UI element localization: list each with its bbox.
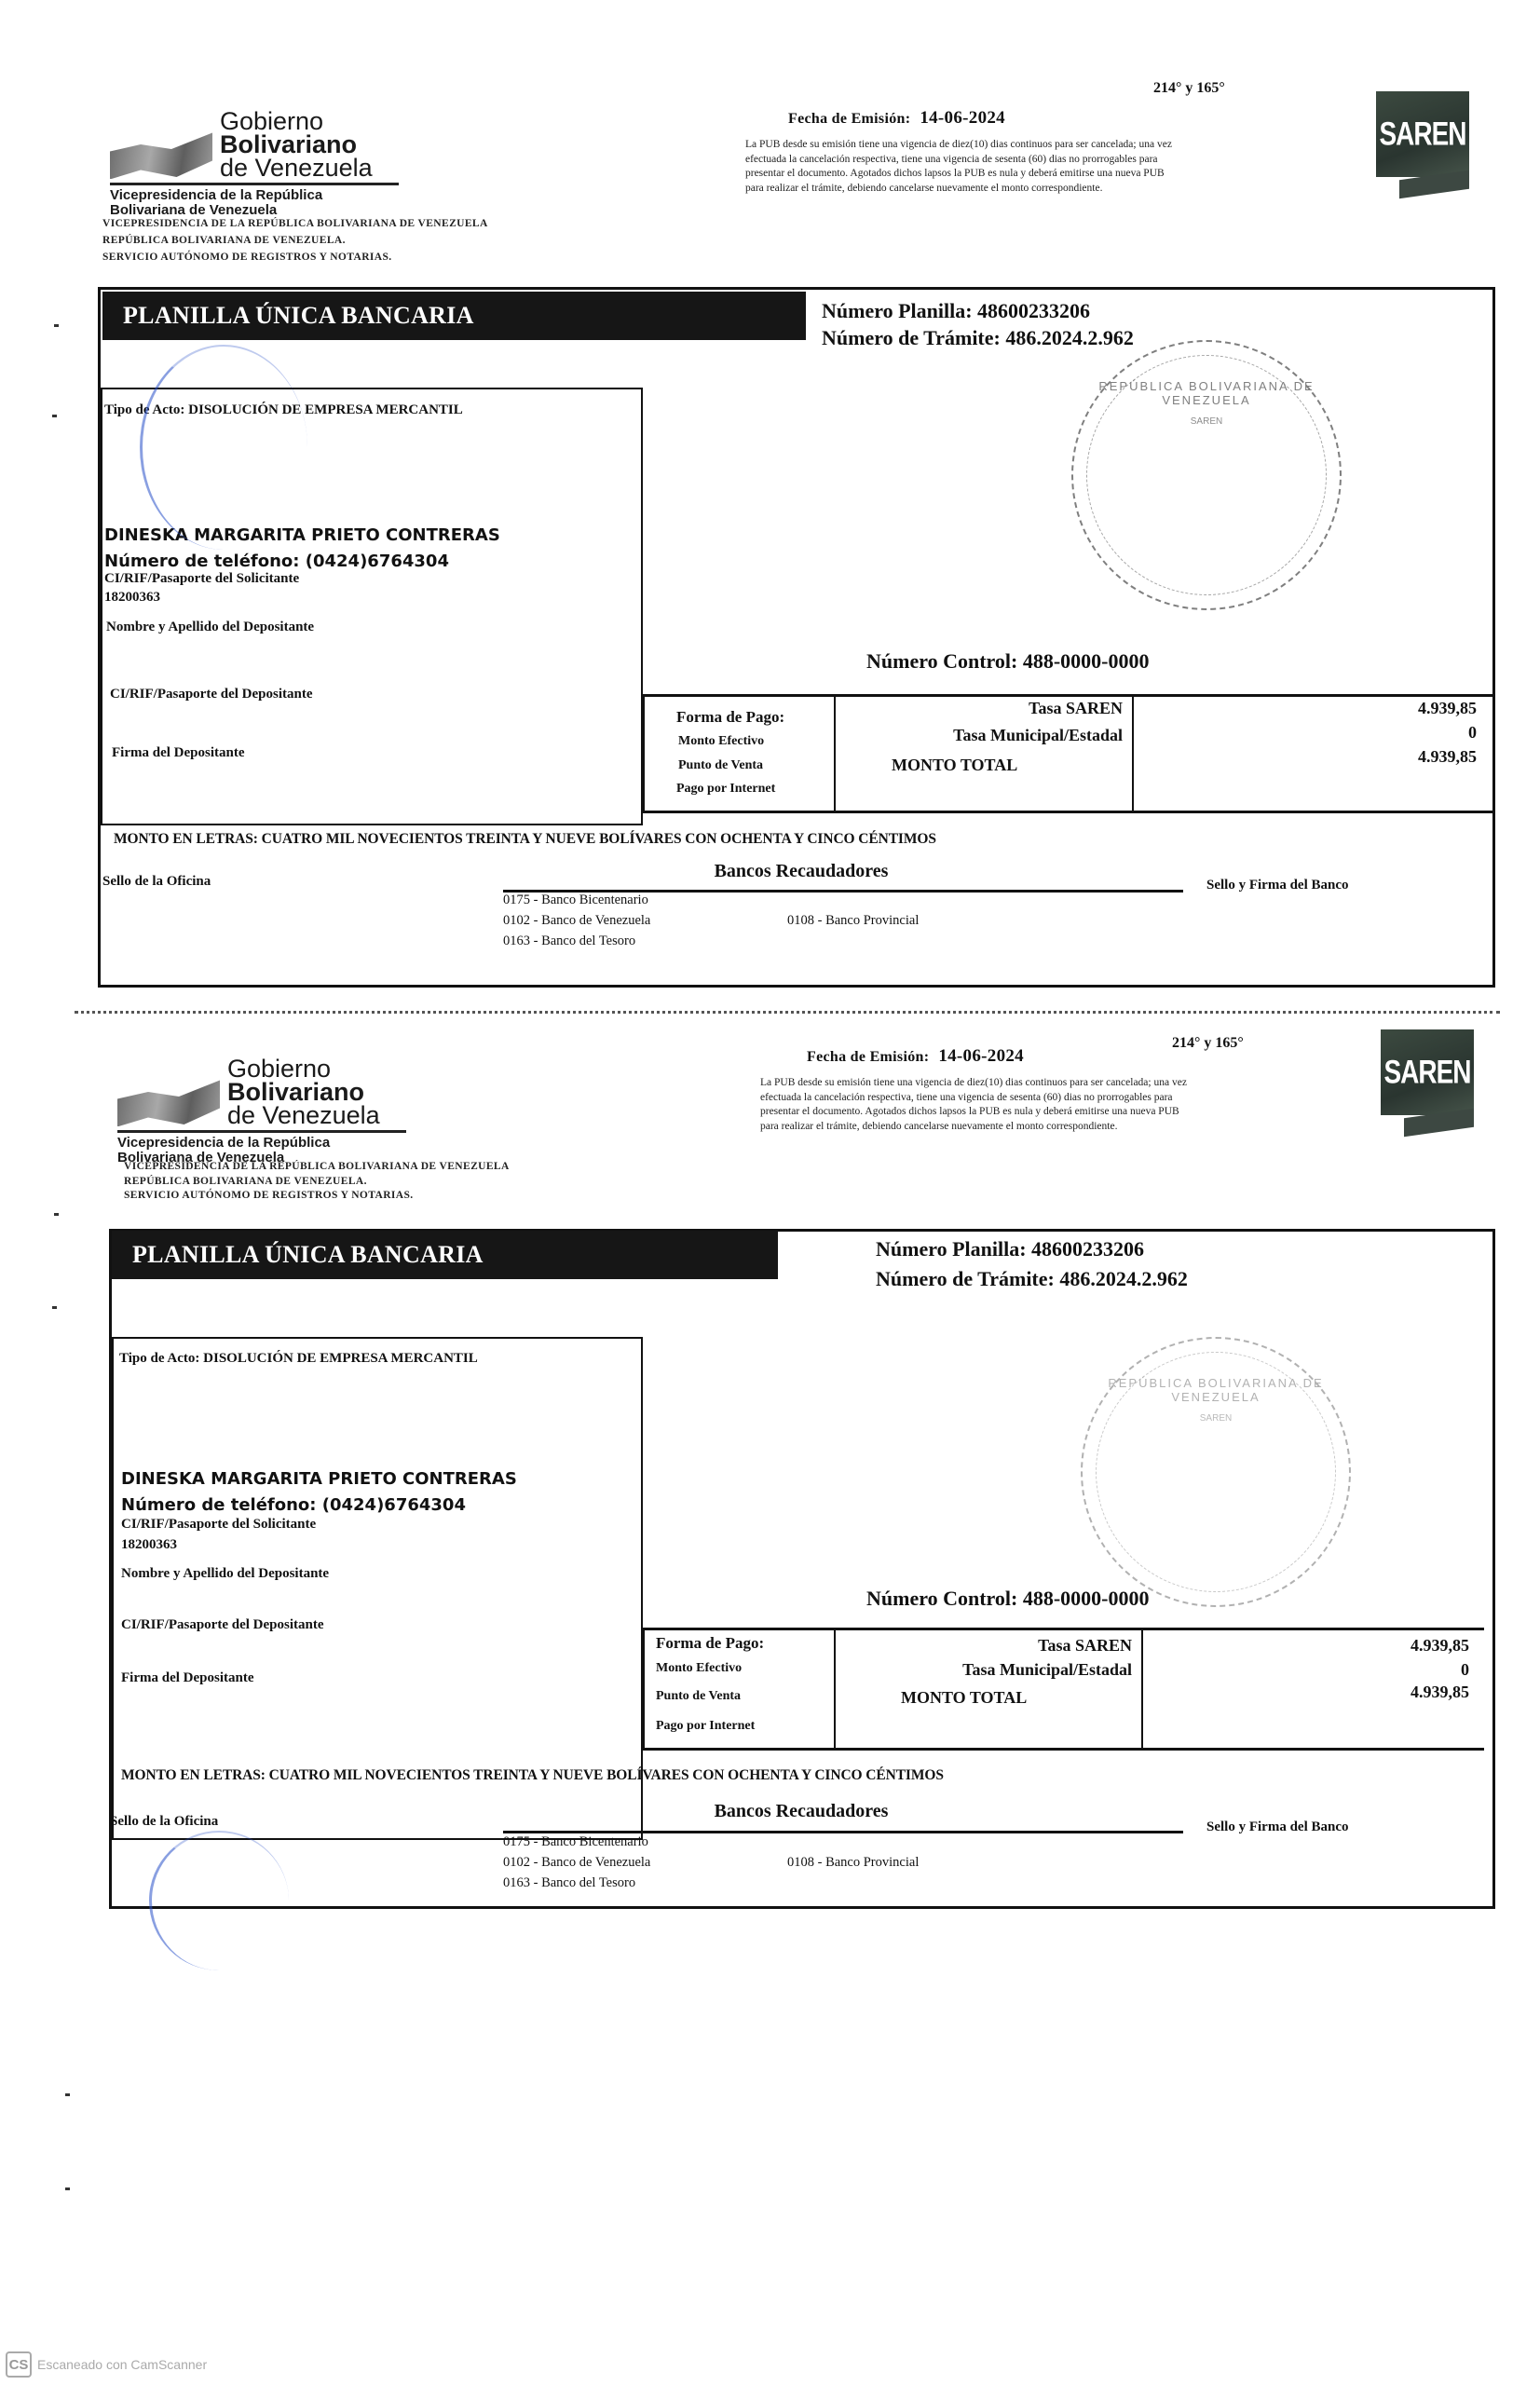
form-title: PLANILLA ÚNICA BANCARIA xyxy=(112,1231,778,1279)
sello-firma-banco-label: Sello y Firma del Banco xyxy=(1206,1819,1349,1835)
tasa-municipal-value: 0 xyxy=(1461,1660,1469,1680)
monto-letras: MONTO EN LETRAS: CUATRO MIL NOVECIENTOS … xyxy=(121,1767,944,1784)
nombre-depositante-label: Nombre y Apellido del Depositante xyxy=(121,1566,329,1582)
fecha-emision-value: 14-06-2024 xyxy=(938,1046,1024,1066)
venezuela-flag-icon xyxy=(110,132,212,179)
monto-total-label: MONTO TOTAL xyxy=(901,1688,1027,1708)
office-seal-stamp: REPÚBLICA BOLIVARIANA DE VENEZUELA SAREN xyxy=(1081,1337,1351,1607)
tasa-saren-value: 4.939,85 xyxy=(1411,1636,1469,1656)
bank-item: 0163 - Banco del Tesoro xyxy=(503,934,635,949)
tasa-municipal-label: Tasa Municipal/Estadal xyxy=(962,1660,1132,1680)
monto-letras: MONTO EN LETRAS: CUATRO MIL NOVECIENTOS … xyxy=(114,831,936,848)
sello-oficina-label: Sello de la Oficina xyxy=(102,874,211,890)
monto-total-label: MONTO TOTAL xyxy=(892,756,1017,775)
coords-text: 214° y 165° xyxy=(1153,80,1225,97)
bancos-recaudadores-title: Bancos Recaudadores xyxy=(503,861,1099,882)
firma-depositante-label: Firma del Depositante xyxy=(112,745,244,761)
bank-item: 0108 - Banco Provincial xyxy=(787,1855,919,1871)
gobierno-bolivariano-logo: Gobierno Bolivariano de Venezuela Vicepr… xyxy=(110,110,399,218)
sello-firma-banco-label: Sello y Firma del Banco xyxy=(1206,878,1349,893)
solicitante-nombre: DINESKA MARGARITA PRIETO CONTRERAS xyxy=(121,1469,517,1491)
telefono: Número de teléfono: (0424)6764304 xyxy=(121,1495,466,1517)
tasa-saren-label: Tasa SAREN xyxy=(1038,1636,1132,1656)
coords-text: 214° y 165° xyxy=(1172,1035,1244,1052)
office-seal-stamp: REPÚBLICA BOLIVARIANA DE VENEZUELA SAREN xyxy=(1071,340,1342,610)
ci-solicitante-value: 18200363 xyxy=(121,1537,177,1553)
firma-depositante-label: Firma del Depositante xyxy=(121,1670,253,1686)
numero-planilla: Número Planilla: 48600233206 xyxy=(876,1234,1188,1264)
camscanner-watermark: CS Escaneado con CamScanner xyxy=(6,2351,207,2378)
tasa-saren-value: 4.939,85 xyxy=(1418,699,1477,718)
pago-punto-venta: Punto de Venta xyxy=(656,1689,741,1704)
institution-lines: VICEPRESIDENCIA DE LA REPÚBLICA BOLIVARI… xyxy=(102,216,488,266)
bancos-recaudadores-title: Bancos Recaudadores xyxy=(503,1801,1099,1822)
nombre-depositante-label: Nombre y Apellido del Depositante xyxy=(106,620,314,635)
venezuela-flag-icon xyxy=(117,1080,220,1126)
tasa-municipal-label: Tasa Municipal/Estadal xyxy=(953,726,1123,745)
solicitante-nombre: DINESKA MARGARITA PRIETO CONTRERAS xyxy=(104,525,500,547)
pago-efectivo: Monto Efectivo xyxy=(656,1661,742,1676)
pago-internet: Pago por Internet xyxy=(676,782,775,797)
bank-item: 0102 - Banco de Venezuela xyxy=(503,1855,650,1871)
bank-item: 0108 - Banco Provincial xyxy=(787,913,919,929)
fecha-emision: Fecha de Emisión:14-06-2024 xyxy=(807,1046,1024,1067)
planilla-copy-top: Gobierno Bolivariano de Venezuela Vicepr… xyxy=(0,0,1540,1011)
fecha-emision-value: 14-06-2024 xyxy=(920,108,1005,128)
planilla-info: Número Planilla: 48600233206 Número de T… xyxy=(822,298,1134,351)
gobierno-bolivariano-logo: Gobierno Bolivariano de Venezuela Vicepr… xyxy=(117,1057,406,1165)
payment-table: Forma de Pago: Monto Efectivo Punto de V… xyxy=(643,1628,1484,1751)
monto-total-value: 4.939,85 xyxy=(1418,747,1477,767)
numero-tramite: Número de Trámite: 486.2024.2.962 xyxy=(822,325,1134,352)
pago-punto-venta: Punto de Venta xyxy=(678,758,763,773)
ci-depositante-label: CI/RIF/Pasaporte del Depositante xyxy=(110,687,313,702)
tasa-saren-label: Tasa SAREN xyxy=(1029,699,1123,718)
ci-depositante-label: CI/RIF/Pasaporte del Depositante xyxy=(121,1617,324,1633)
bank-item: 0175 - Banco Bicentenario xyxy=(503,893,648,908)
bank-item: 0163 - Banco del Tesoro xyxy=(503,1875,635,1891)
numero-tramite: Número de Trámite: 486.2024.2.962 xyxy=(876,1264,1188,1294)
planilla-copy-bottom: Gobierno Bolivariano de Venezuela Vicepr… xyxy=(0,1011,1540,1998)
ci-solicitante-label: CI/RIF/Pasaporte del Solicitante xyxy=(104,571,299,587)
vicepresidencia-logo-text: Vicepresidencia de la República Bolivari… xyxy=(110,188,399,218)
pub-validity-note: La PUB desde su emisión tiene una vigenc… xyxy=(745,138,1183,196)
bank-item: 0175 - Banco Bicentenario xyxy=(503,1834,648,1850)
pago-efectivo: Monto Efectivo xyxy=(678,734,764,749)
saren-logo: SAREN xyxy=(1376,91,1469,194)
telefono: Número de teléfono: (0424)6764304 xyxy=(104,552,449,573)
monto-total-value: 4.939,85 xyxy=(1411,1683,1469,1702)
pago-internet: Pago por Internet xyxy=(656,1719,755,1734)
solicitante-box xyxy=(112,1337,643,1840)
tasa-municipal-value: 0 xyxy=(1468,723,1477,743)
pub-validity-note: La PUB desde su emisión tiene una vigenc… xyxy=(760,1076,1198,1134)
camscanner-icon: CS xyxy=(6,2351,32,2378)
saren-logo: SAREN xyxy=(1381,1029,1474,1132)
bank-item: 0102 - Banco de Venezuela xyxy=(503,913,650,929)
fecha-emision: Fecha de Emisión:14-06-2024 xyxy=(788,108,1005,129)
institution-lines: VICEPRESIDENCIA DE LA REPÚBLICA BOLIVARI… xyxy=(124,1160,510,1204)
form-title: PLANILLA ÚNICA BANCARIA xyxy=(102,292,806,340)
sello-oficina-label: Sello de la Oficina xyxy=(110,1814,218,1830)
payment-table: Forma de Pago: Monto Efectivo Punto de V… xyxy=(643,694,1495,813)
numero-planilla: Número Planilla: 48600233206 xyxy=(822,298,1134,325)
numero-control: Número Control: 488-0000-0000 xyxy=(866,649,1150,674)
planilla-info: Número Planilla: 48600233206 Número de T… xyxy=(876,1234,1188,1294)
ci-solicitante-label: CI/RIF/Pasaporte del Solicitante xyxy=(121,1517,316,1533)
numero-control: Número Control: 488-0000-0000 xyxy=(866,1587,1150,1611)
tipo-acto: Tipo de Acto: DISOLUCIÓN DE EMPRESA MERC… xyxy=(119,1351,478,1367)
blue-stamp xyxy=(140,345,307,550)
ci-solicitante-value: 18200363 xyxy=(104,590,160,606)
blue-stamp xyxy=(149,1831,289,1970)
